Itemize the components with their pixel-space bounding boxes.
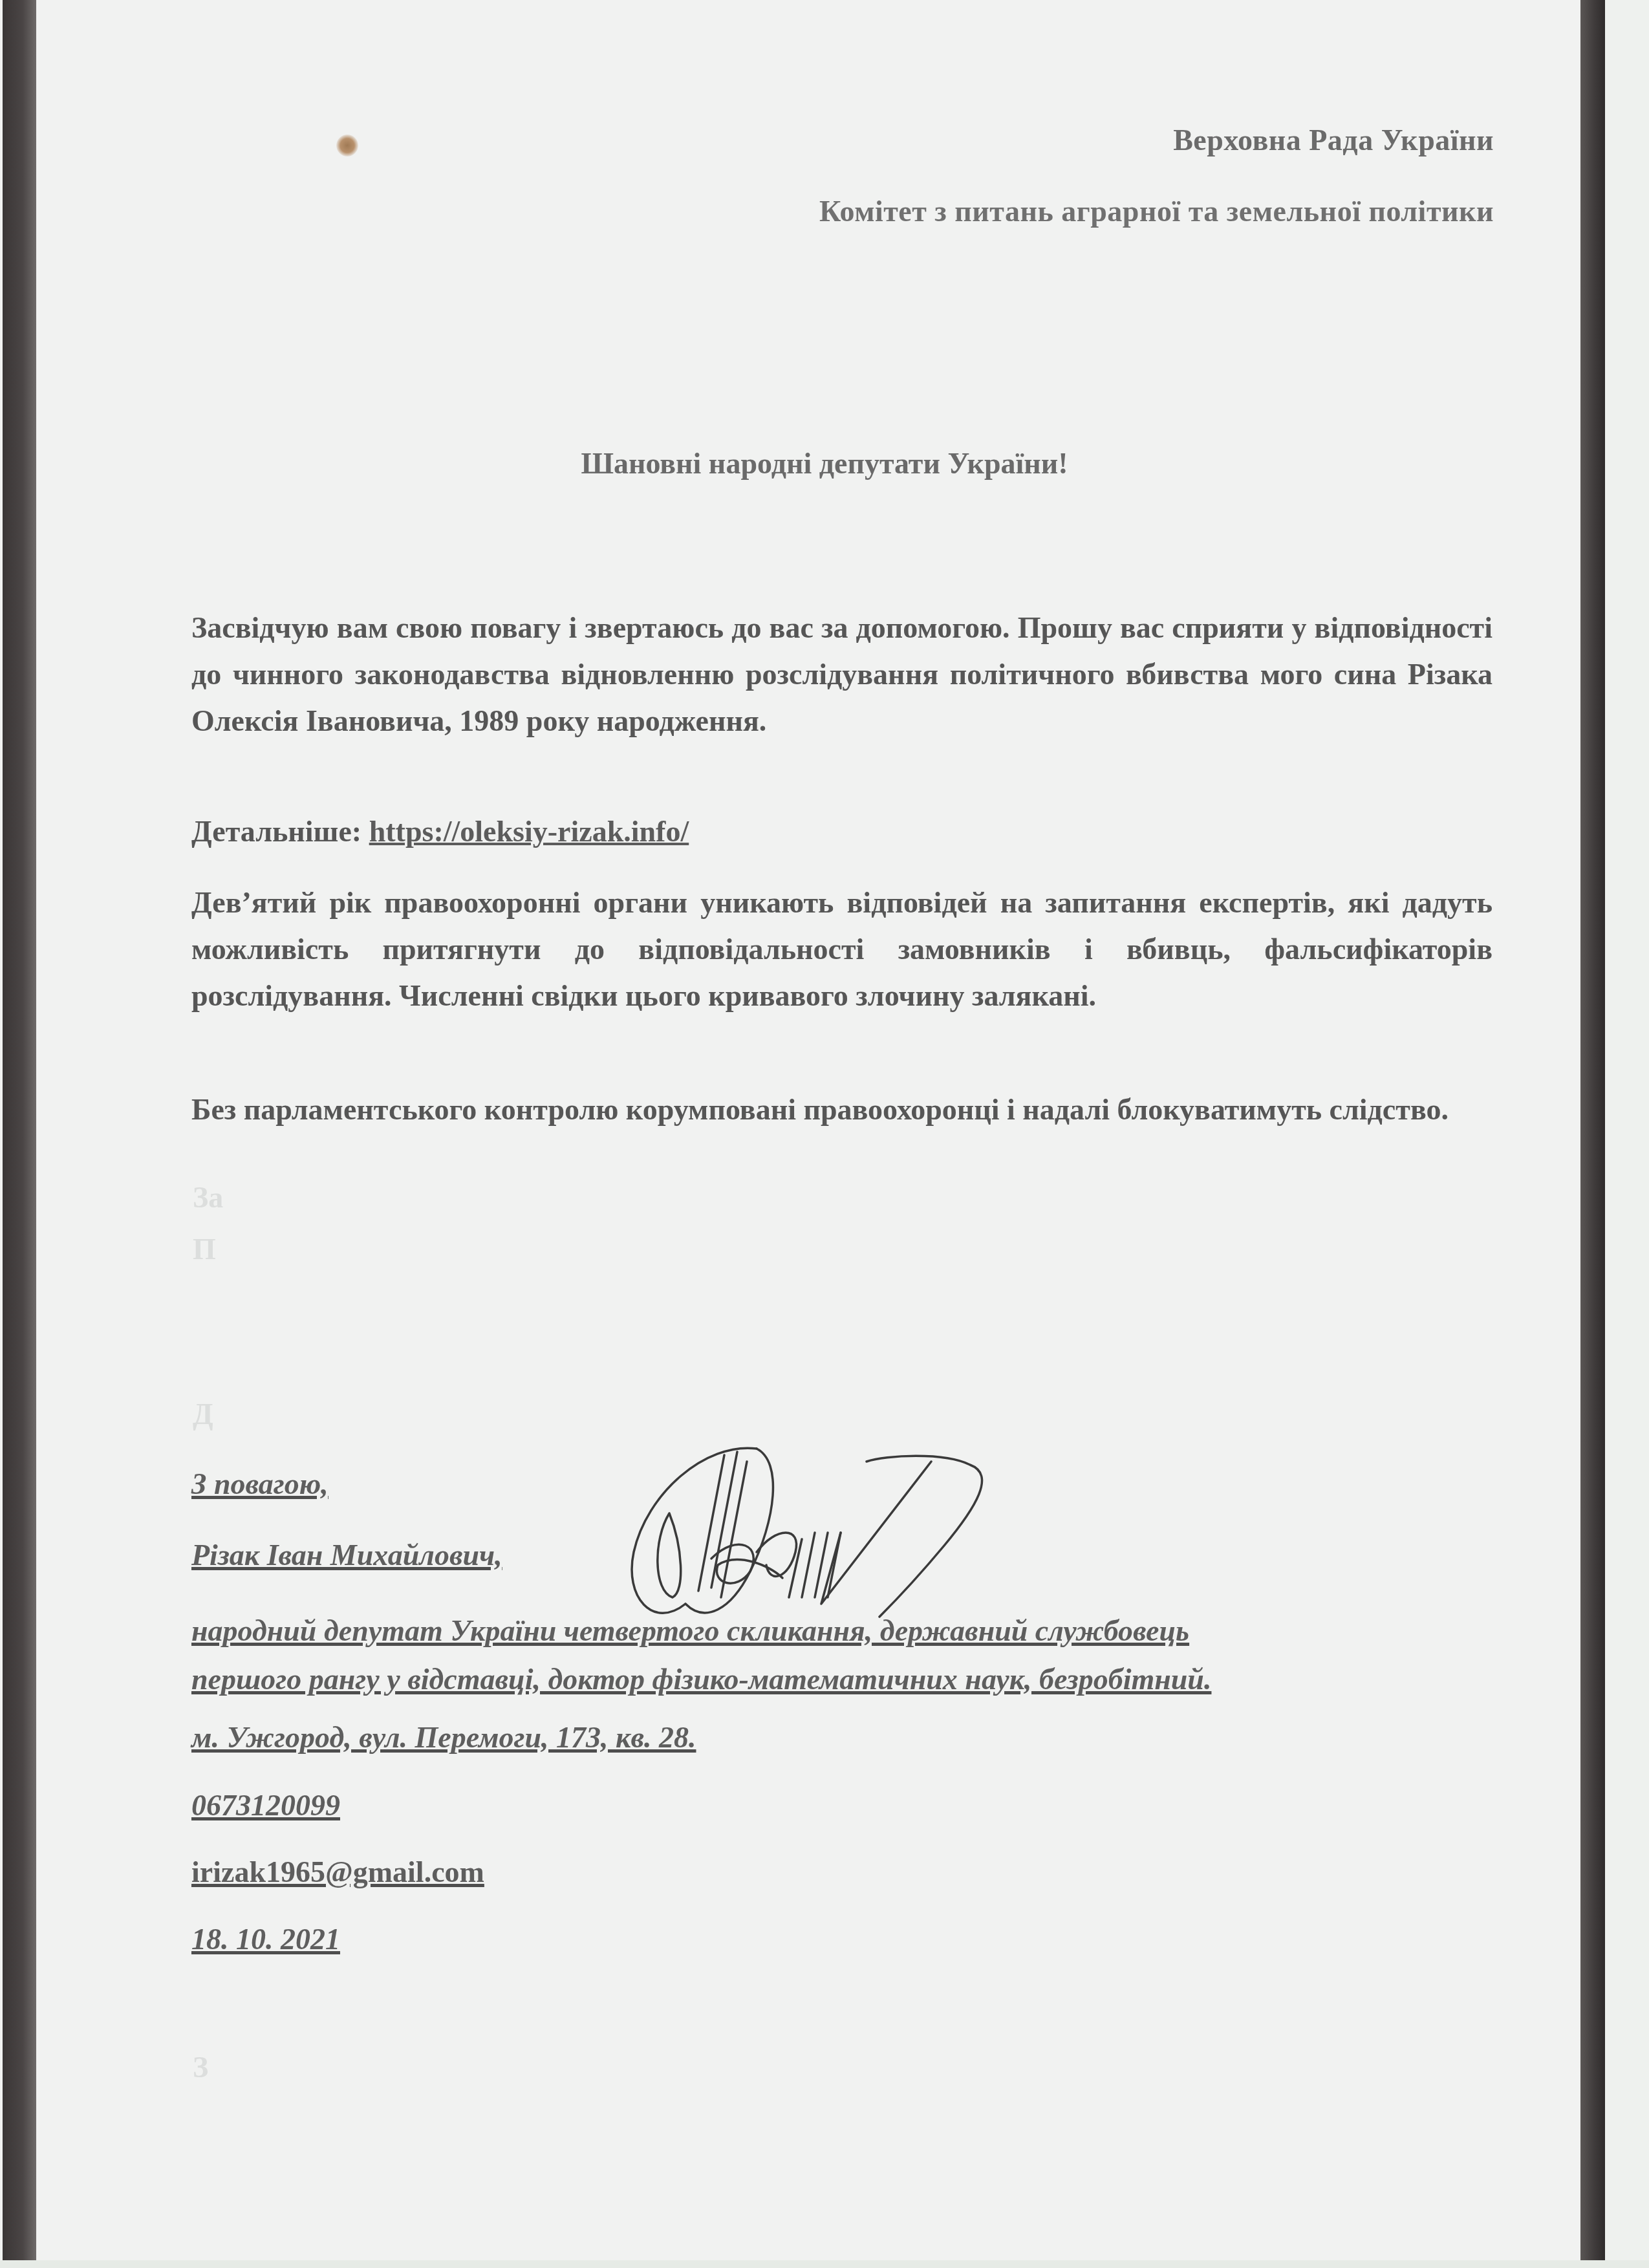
paragraph-request: Засвідчую вам свою повагу і звертаюсь до…: [191, 605, 1493, 744]
paragraph-investigation: Дев’ятий рік правоохоронні органи уникаю…: [191, 880, 1493, 1019]
ghost-text: Д: [193, 1397, 213, 1431]
signer-phone: 0673120099: [191, 1788, 340, 1822]
details-label: Детальніше:: [191, 815, 361, 848]
signer-email[interactable]: irizak1965@gmail.com: [191, 1855, 484, 1889]
details-link[interactable]: https://oleksiy-rizak.info/: [369, 815, 689, 848]
stain-mark: [336, 135, 358, 157]
ghost-text: З: [193, 2050, 208, 2084]
handwritten-signature: [608, 1436, 1177, 1623]
scan-edge-left: [3, 0, 36, 2260]
recipient-line-2: Комітет з питань аграрної та земельної п…: [819, 194, 1494, 228]
ghost-text: За: [193, 1180, 223, 1215]
paragraph-details: Детальніше: https://oleksiy-rizak.info/: [191, 808, 1493, 855]
closing: З повагою,: [191, 1467, 329, 1501]
signer-name: Різак Іван Михайлович,: [191, 1538, 502, 1572]
recipient-line-1: Верховна Рада України: [1173, 123, 1494, 157]
letter-date: 18. 10. 2021: [191, 1922, 340, 1956]
scanner-margin: [1605, 0, 1649, 2268]
signer-address: м. Ужгород, вул. Перемоги, 173, кв. 28.: [191, 1720, 696, 1755]
salutation: Шановні народні депутати України!: [0, 446, 1649, 481]
signer-title-line-2: першого рангу у відставці, доктор фізико…: [191, 1662, 1211, 1696]
scan-edge-right: [1580, 0, 1605, 2267]
scanner-bottom-margin: [0, 2260, 1649, 2268]
ghost-text: П: [193, 1232, 216, 1266]
paragraph-oversight: Без парламентського контролю корумповані…: [191, 1086, 1493, 1133]
